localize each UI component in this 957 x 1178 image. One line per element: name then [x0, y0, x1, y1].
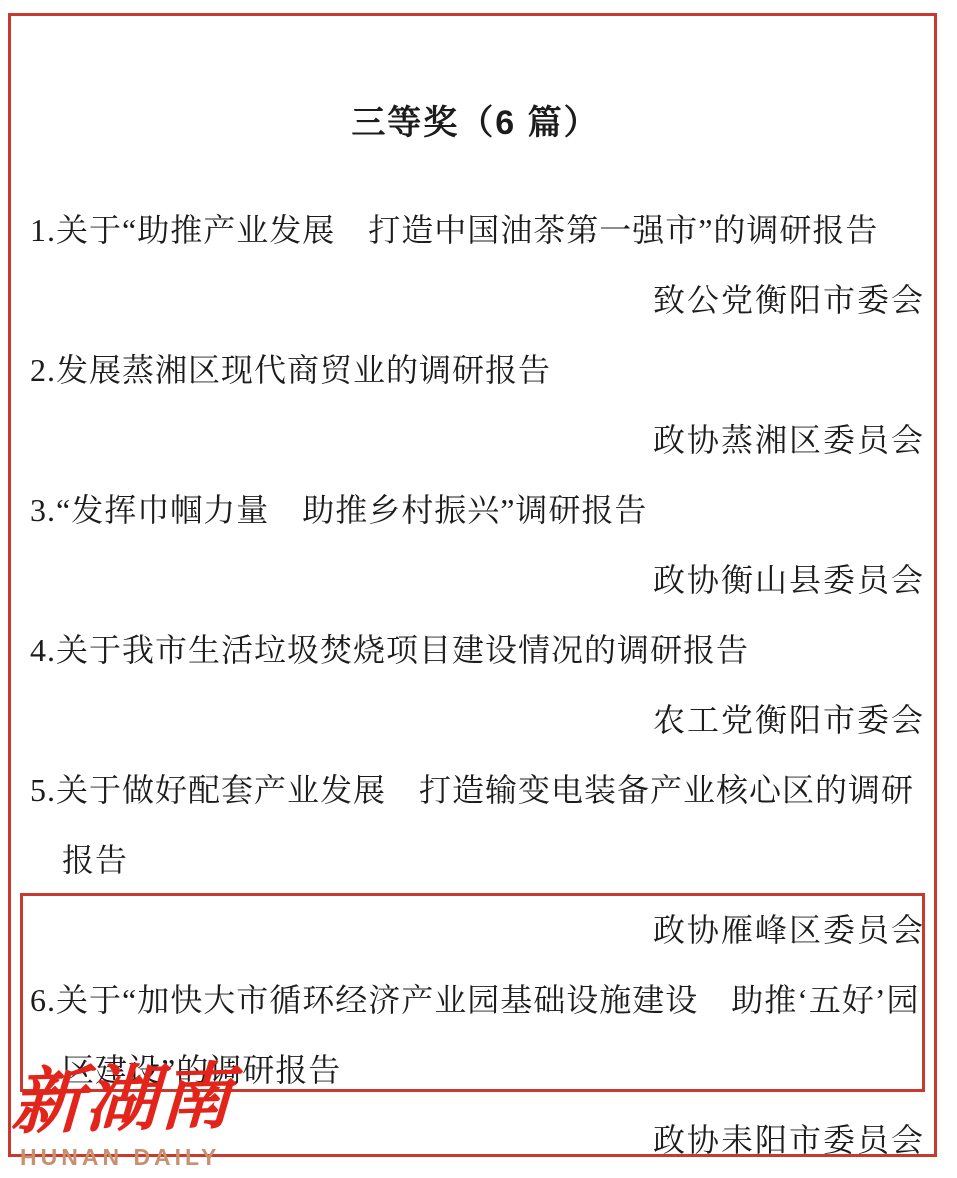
award-item-3: 3.“发挥巾帼力量 助推乡村振兴”调研报告 政协衡山县委员会	[11, 475, 940, 615]
award-item-title: 5.关于做好配套产业发展 打造输变电装备产业核心区的调研报告	[11, 755, 940, 895]
document-content: 三等奖（6 篇） 1.关于“助推产业发展 打造中国油茶第一强市”的调研报告 致公…	[11, 16, 940, 1175]
award-item-org: 政协雁峰区委员会	[11, 895, 940, 965]
award-item-title: 4.关于我市生活垃圾焚烧项目建设情况的调研报告	[11, 615, 940, 685]
award-item-org: 政协衡山县委员会	[11, 545, 940, 615]
award-item-title: 2.发展蒸湘区现代商贸业的调研报告	[11, 335, 940, 405]
award-list: 1.关于“助推产业发展 打造中国油茶第一强市”的调研报告 致公党衡阳市委会 2.…	[11, 195, 940, 1175]
award-item-org: 政协耒阳市委员会	[11, 1105, 940, 1175]
document-page: 三等奖（6 篇） 1.关于“助推产业发展 打造中国油茶第一强市”的调研报告 致公…	[0, 0, 957, 1178]
award-item-4: 4.关于我市生活垃圾焚烧项目建设情况的调研报告 农工党衡阳市委会	[11, 615, 940, 755]
award-item-1: 1.关于“助推产业发展 打造中国油茶第一强市”的调研报告 致公党衡阳市委会	[11, 195, 940, 335]
award-item-2: 2.发展蒸湘区现代商贸业的调研报告 政协蒸湘区委员会	[11, 335, 940, 475]
award-item-title: 1.关于“助推产业发展 打造中国油茶第一强市”的调研报告	[11, 195, 940, 265]
award-item-title: 3.“发挥巾帼力量 助推乡村振兴”调研报告	[11, 475, 940, 545]
award-item-org: 政协蒸湘区委员会	[11, 405, 940, 475]
award-item-org: 农工党衡阳市委会	[11, 685, 940, 755]
award-item-org: 致公党衡阳市委会	[11, 265, 940, 335]
award-item-5: 5.关于做好配套产业发展 打造输变电装备产业核心区的调研报告 政协雁峰区委员会	[11, 755, 940, 965]
award-item-title: 6.关于“加快大市循环经济产业园基础设施建设 助推‘五好’园区建设”的调研报告	[11, 965, 940, 1105]
award-item-6: 6.关于“加快大市循环经济产业园基础设施建设 助推‘五好’园区建设”的调研报告 …	[11, 965, 940, 1175]
page-title: 三等奖（6 篇）	[11, 16, 940, 143]
